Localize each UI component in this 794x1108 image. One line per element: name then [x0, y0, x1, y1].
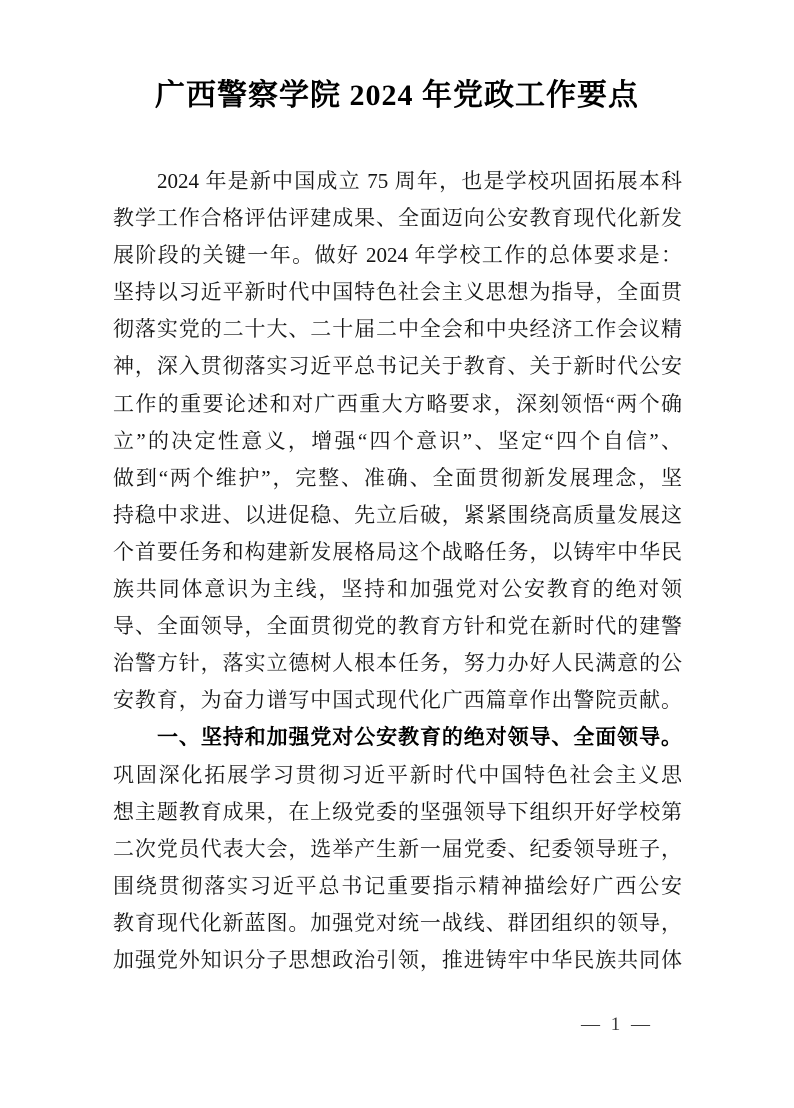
body-line: 教学工作合格评估评建成果、全面迈向公安教育现代化新发: [113, 200, 682, 237]
body-line: 加强党外知识分子思想政治引领，推进铸牢中华民族共同体: [113, 942, 682, 979]
body-line: 坚持以习近平新时代中国特色社会主义思想为指导，全面贯: [113, 274, 682, 311]
body-line: 巩固深化拓展学习贯彻习近平新时代中国特色社会主义思: [113, 757, 682, 794]
page-number: — 1 —: [581, 1013, 653, 1037]
document-body: 2024 年是新中国成立 75 周年，也是学校巩固拓展本科 教学工作合格评估评建…: [113, 163, 682, 979]
paragraph-section-1: 一、坚持和加强党对公安教育的绝对领导、全面领导。 巩固深化拓展学习贯彻习近平新时…: [113, 719, 682, 979]
section-heading-line: 一、坚持和加强党对公安教育的绝对领导、全面领导。: [113, 719, 682, 756]
body-line: 工作的重要论述和对广西重大方略要求，深刻领悟“两个确: [113, 386, 682, 423]
document-title: 广西警察学院 2024 年党政工作要点: [0, 78, 794, 114]
body-line: 想主题教育成果，在上级党委的坚强领导下组织开好学校第: [113, 794, 682, 831]
body-line: 教育现代化新蓝图。加强党对统一战线、群团组织的领导，: [113, 905, 682, 942]
body-line: 做到“两个维护”，完整、准确、全面贯彻新发展理念，坚: [113, 460, 682, 497]
body-line: 立”的决定性意义，增强“四个意识”、坚定“四个自信”、: [113, 423, 682, 460]
document-page: 广西警察学院 2024 年党政工作要点 2024 年是新中国成立 75 周年，也…: [0, 0, 794, 1108]
body-line: 彻落实党的二十大、二十届二中全会和中央经济工作会议精: [113, 311, 682, 348]
body-line: 二次党员代表大会，选举产生新一届党委、纪委领导班子，: [113, 831, 682, 868]
body-line: 安教育，为奋力谱写中国式现代化广西篇章作出警院贡献。: [113, 682, 682, 719]
body-line: 个首要任务和构建新发展格局这个战略任务，以铸牢中华民: [113, 534, 682, 571]
body-line: 族共同体意识为主线，坚持和加强党对公安教育的绝对领: [113, 571, 682, 608]
body-line: 神，深入贯彻落实习近平总书记关于教育、关于新时代公安: [113, 348, 682, 385]
body-line: 围绕贯彻落实习近平总书记重要指示精神描绘好广西公安: [113, 868, 682, 905]
body-line: 导、全面领导，全面贯彻党的教育方针和党在新时代的建警: [113, 608, 682, 645]
body-line: 治警方针，落实立德树人根本任务，努力办好人民满意的公: [113, 645, 682, 682]
body-line: 2024 年是新中国成立 75 周年，也是学校巩固拓展本科: [113, 163, 682, 200]
body-line: 持稳中求进、以进促稳、先立后破，紧紧围绕高质量发展这: [113, 497, 682, 534]
body-line: 展阶段的关键一年。做好 2024 年学校工作的总体要求是：: [113, 237, 682, 274]
paragraph-overview: 2024 年是新中国成立 75 周年，也是学校巩固拓展本科 教学工作合格评估评建…: [113, 163, 682, 719]
